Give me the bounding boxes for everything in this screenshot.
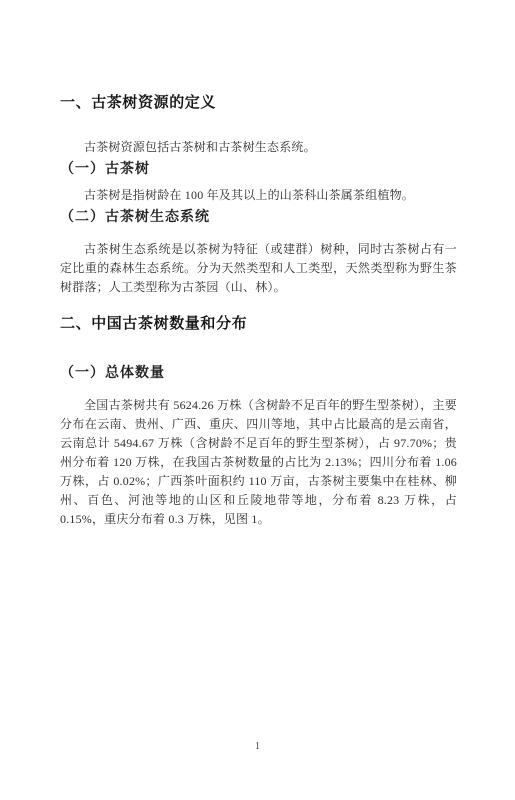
paragraph-ancient-tea-tree-definition: 古茶树是指树龄在 100 年及其以上的山茶科山茶属茶组植物。 [60, 186, 457, 205]
subsection-heading-total-quantity: （一）总体数量 [60, 365, 457, 382]
paragraph-definition-intro: 古茶树资源包括古茶树和古茶树生态系统。 [60, 138, 457, 157]
section-heading-quantity-distribution: 二、中国古茶树数量和分布 [60, 315, 457, 332]
paragraph-total-quantity-statistics: 全国古茶树共有 5624.26 万株（含树龄不足百年的野生型茶树），主要分布在云… [60, 396, 457, 529]
page-number: 1 [0, 741, 515, 753]
section-heading-definition: 一、古茶树资源的定义 [60, 94, 457, 111]
document-page: 一、古茶树资源的定义 古茶树资源包括古茶树和古茶树生态系统。 （一）古茶树 古茶… [0, 0, 515, 800]
subsection-heading-ancient-tea-tree: （一）古茶树 [60, 161, 457, 178]
subsection-heading-ecosystem: （二）古茶树生态系统 [60, 209, 457, 226]
paragraph-ecosystem-definition: 古茶树生态系统是以茶树为特征（或建群）树种，同时古茶树占有一定比重的森林生态系统… [60, 240, 457, 297]
